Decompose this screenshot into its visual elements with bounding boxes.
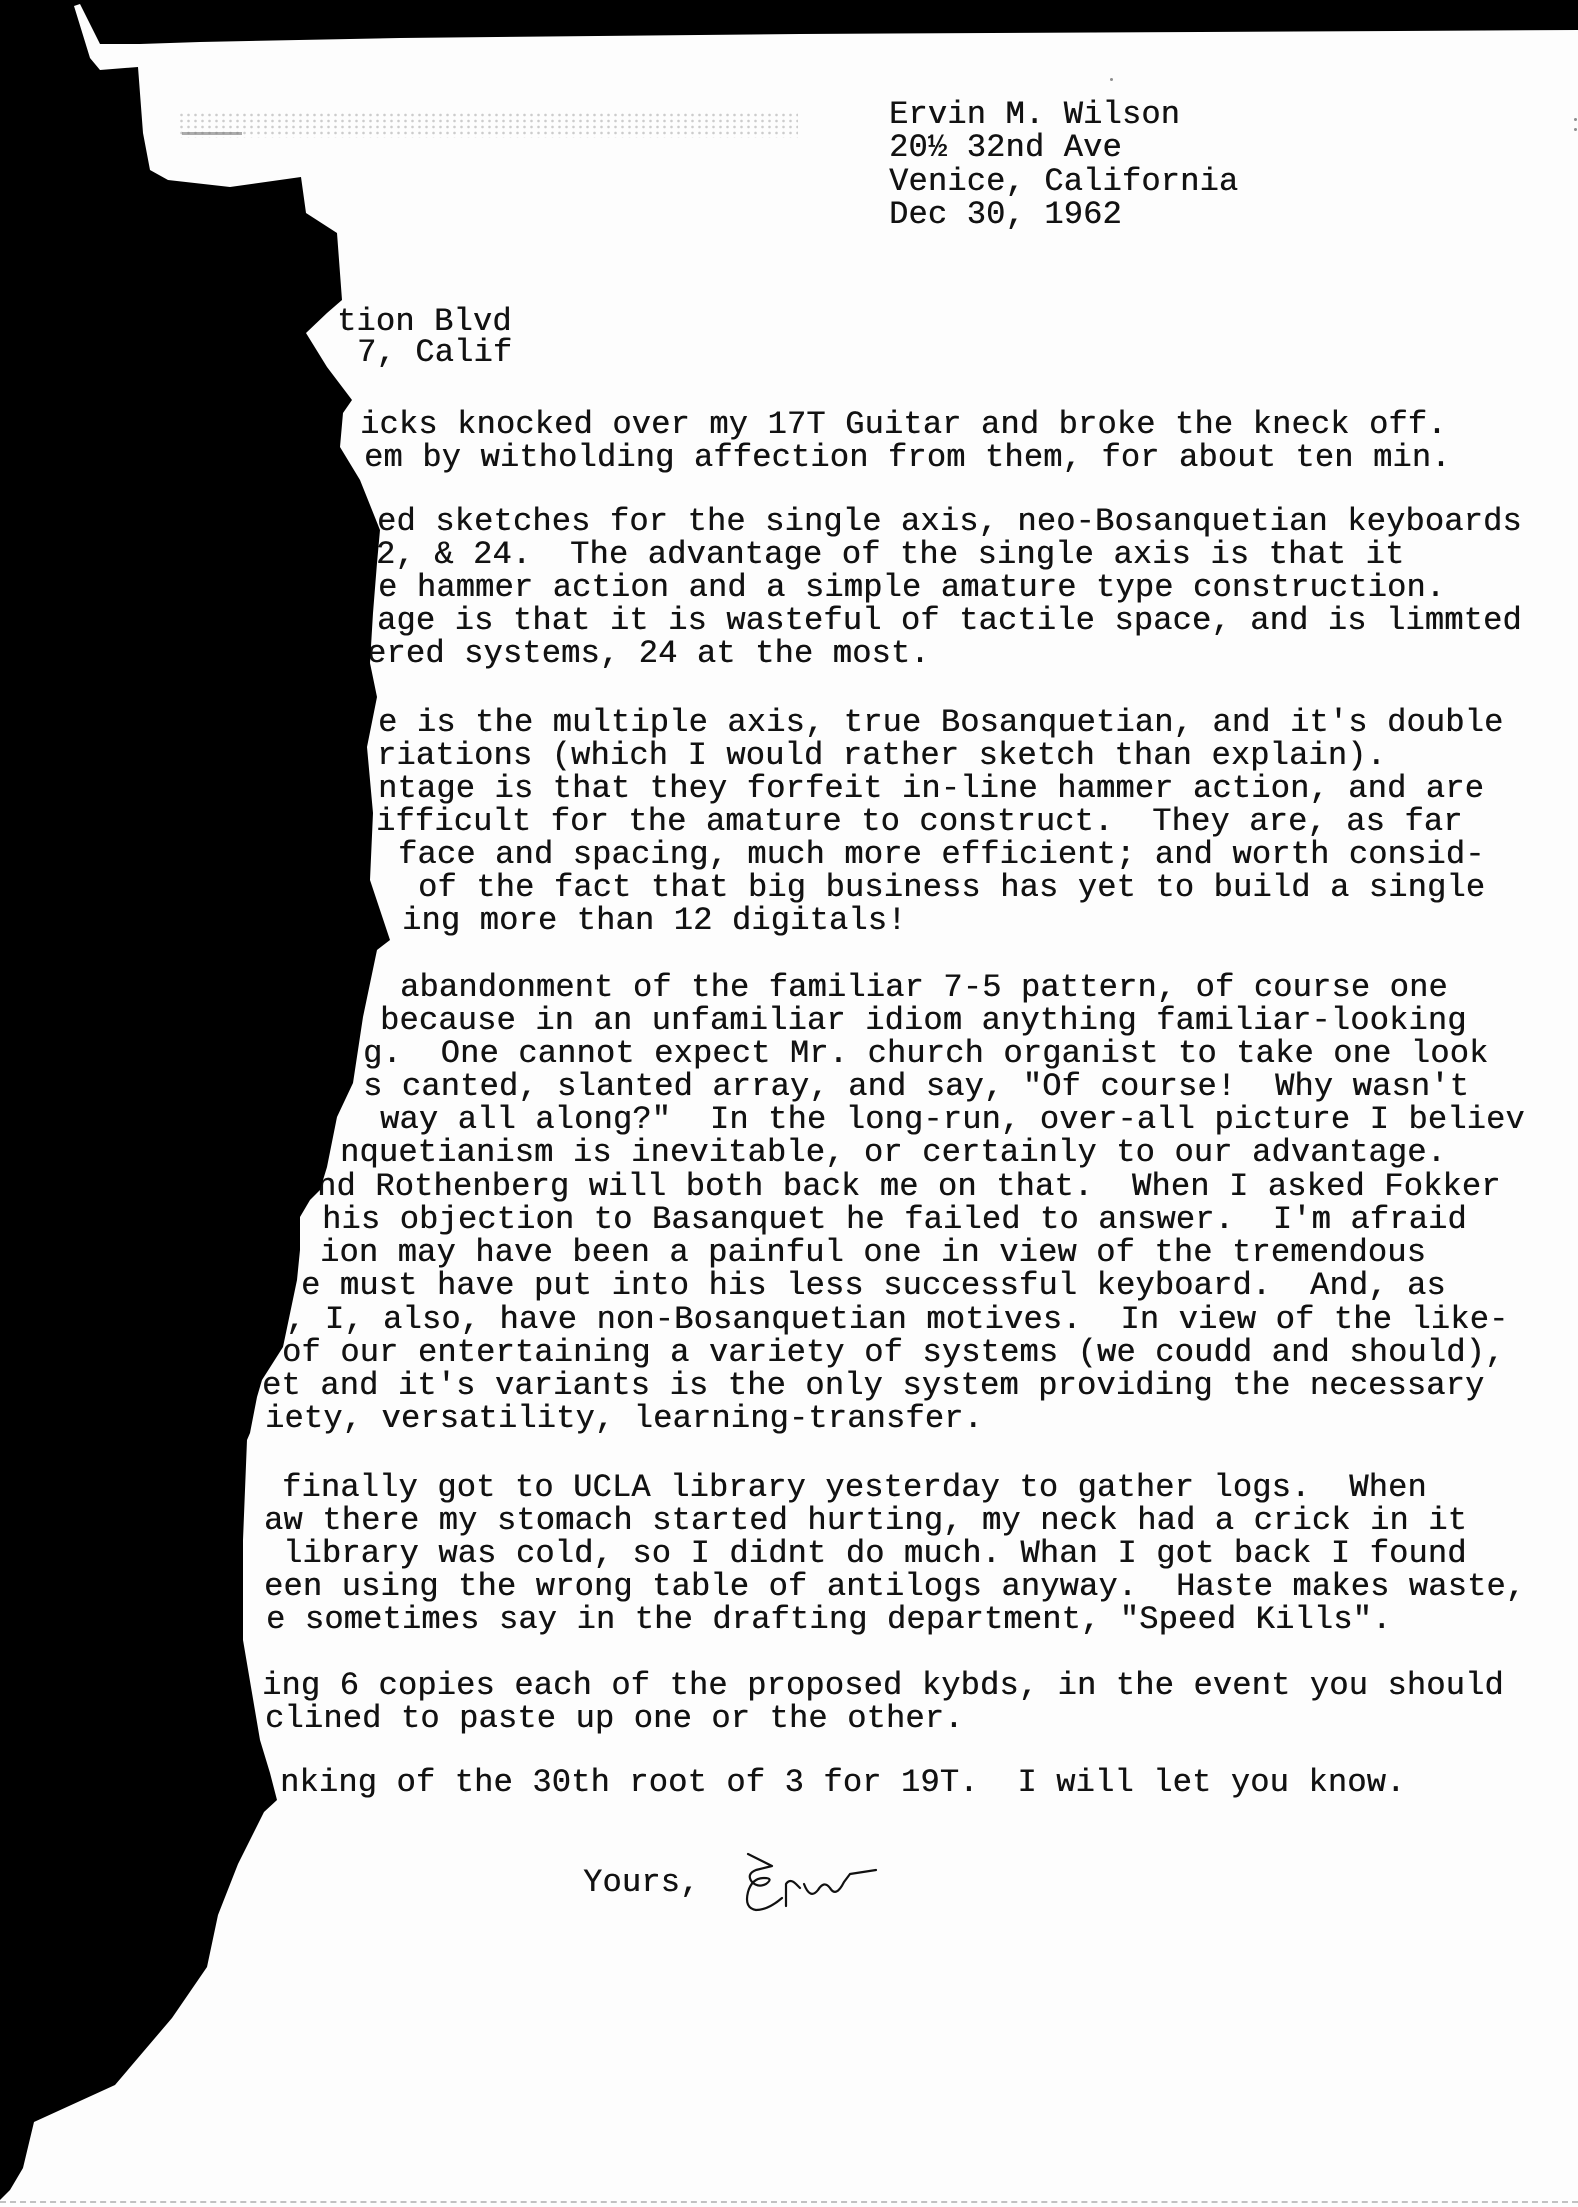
text-line: iety, versatility, learning-transfer. <box>265 1402 983 1435</box>
recipient-line: 7, Calif <box>357 336 512 369</box>
text-line: abandonment of the familiar 7-5 pattern,… <box>400 971 1448 1004</box>
sender-street: 20½ 32nd Ave <box>889 131 1122 164</box>
text-line: finally got to UCLA library yesterday to… <box>282 1471 1427 1504</box>
sender-city: Venice, California <box>889 165 1238 198</box>
text-line: ntage is that they forfeit in-line hamme… <box>378 772 1484 805</box>
text-line: nking of the 30th root of 3 for 19T. I w… <box>280 1766 1405 1799</box>
paper-speck <box>1574 118 1577 121</box>
text-line: e must have put into his less successful… <box>301 1269 1446 1302</box>
text-line: riations (which I would rather sketch th… <box>377 739 1386 772</box>
text-line: way all along?" In the long-run, over-al… <box>380 1103 1525 1136</box>
text-line: ion may have been a painful one in view … <box>320 1236 1426 1269</box>
text-line: een using the wrong table of antilogs an… <box>264 1570 1525 1603</box>
letter-page: Ervin M. Wilson 20½ 32nd Ave Venice, Cal… <box>0 0 1578 2207</box>
text-line: nquetianism is inevitable, or certainly … <box>340 1136 1446 1169</box>
paper-speck <box>1110 78 1113 81</box>
text-line: of the fact that big business has yet to… <box>418 871 1485 904</box>
text-line: face and spacing, much more efficient; a… <box>398 838 1485 871</box>
paper-speck <box>1574 128 1577 131</box>
text-line: ing 6 copies each of the proposed kybds,… <box>262 1669 1504 1702</box>
faded-letterhead-underline <box>182 132 242 135</box>
handwritten-signature <box>738 1848 888 1920</box>
scan-bottom-edge <box>0 2201 1578 2203</box>
text-line: aw there my stomach started hurting, my … <box>264 1504 1467 1537</box>
text-line: e is the multiple axis, true Bosanquetia… <box>378 706 1503 739</box>
text-line: library was cold, so I didnt do much. Wh… <box>283 1537 1467 1570</box>
text-line: e hammer action and a simple amature typ… <box>378 571 1445 604</box>
text-line: ing more than 12 digitals! <box>402 904 906 937</box>
text-line: of our entertaining a variety of systems… <box>282 1336 1504 1369</box>
letter-date: Dec 30, 1962 <box>889 198 1122 231</box>
sender-name: Ervin M. Wilson <box>889 98 1180 131</box>
text-line: em by witholding affection from them, fo… <box>364 441 1451 474</box>
faded-letterhead <box>178 112 798 138</box>
closing: Yours, <box>583 1866 699 1899</box>
text-line: icks knocked over my 17T Guitar and brok… <box>360 408 1447 441</box>
text-line: s canted, slanted array, and say, "Of co… <box>363 1070 1469 1103</box>
text-line: ed sketches for the single axis, neo-Bos… <box>377 505 1522 538</box>
text-line: because in an unfamiliar idiom anything … <box>380 1004 1467 1037</box>
text-line: 2, & 24. The advantage of the single axi… <box>376 538 1404 571</box>
text-line: ifficult for the amature to construct. T… <box>376 805 1463 838</box>
text-line: , I, also, have non-Bosanquetian motives… <box>286 1303 1508 1336</box>
text-line: et and it's variants is the only system … <box>262 1369 1484 1402</box>
text-line: e sometimes say in the drafting departme… <box>266 1603 1391 1636</box>
text-line: clined to paste up one or the other. <box>265 1702 964 1735</box>
text-line: nd Rothenberg will both back me on that.… <box>317 1170 1501 1203</box>
text-line: ered systems, 24 at the most. <box>367 637 930 670</box>
text-line: age is that it is wasteful of tactile sp… <box>377 604 1522 637</box>
text-line: his objection to Basanquet he failed to … <box>322 1203 1467 1236</box>
text-line: g. One cannot expect Mr. church organist… <box>363 1037 1488 1070</box>
